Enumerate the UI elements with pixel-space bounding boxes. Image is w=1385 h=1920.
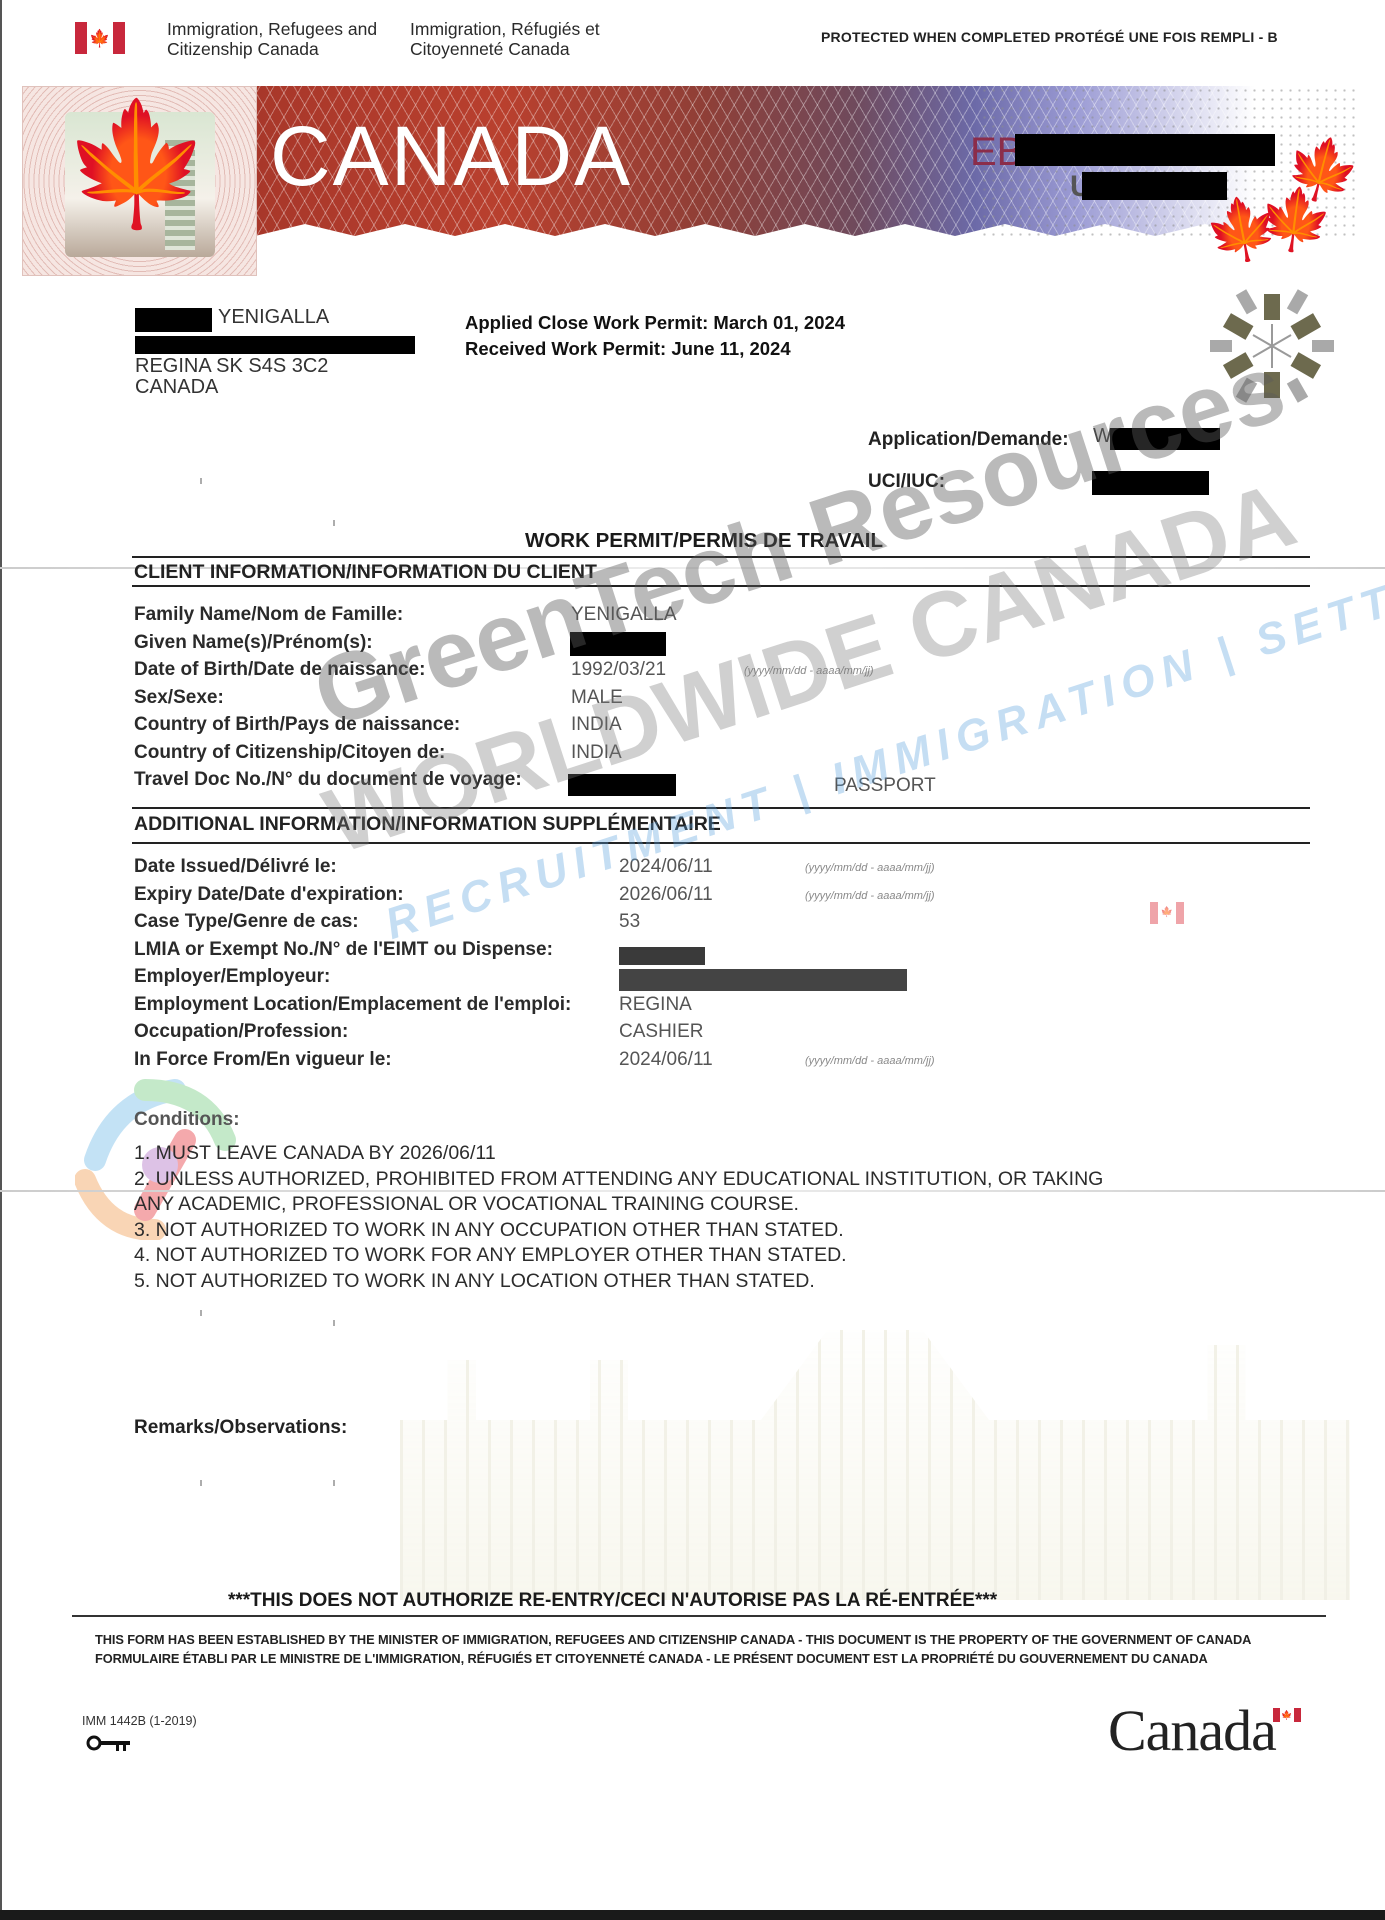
additional-field-label: Employment Location/Emplacement de l'emp…: [134, 994, 571, 1016]
additional-field-value: 2024/06/11: [619, 856, 713, 878]
scan-speck: [200, 1480, 202, 1486]
additional-field-label: Expiry Date/Date d'expiration:: [134, 884, 404, 906]
additional-field-label: Occupation/Profession:: [134, 1021, 348, 1043]
scan-speck: [200, 1310, 202, 1316]
condition-item: ANY ACADEMIC, PROFESSIONAL OR VOCATIONAL…: [134, 1192, 1194, 1218]
wordmark-flag-icon: 🍁: [1273, 1708, 1301, 1722]
client-field-value: INDIA: [571, 714, 622, 736]
remarks-label: Remarks/Observations:: [134, 1417, 347, 1439]
document-title: WORK PERMIT/PERMIS DE TRAVAIL: [525, 529, 883, 553]
client-field-label: Country of Birth/Pays de naissance:: [134, 714, 460, 736]
key-icon: [86, 1733, 134, 1753]
canada-wordmark: Canada: [1108, 1697, 1276, 1764]
page-edge: [0, 0, 2, 1920]
scan-speck: [333, 1320, 335, 1326]
additional-field-label: Date Issued/Délivré le:: [134, 856, 337, 878]
client-section-heading: CLIENT INFORMATION/INFORMATION DU CLIENT: [134, 561, 597, 584]
travel-doc-type: PASSPORT: [834, 775, 936, 797]
watermark-flag-icon: 🍁: [1150, 902, 1184, 924]
redacted-employer: [619, 969, 907, 991]
client-field-label: Sex/Sexe:: [134, 687, 224, 709]
additional-section-heading: ADDITIONAL INFORMATION/INFORMATION SUPPL…: [134, 813, 721, 836]
additional-field-value: 53: [619, 911, 640, 933]
footer-divider: [72, 1615, 1326, 1617]
maple-leaf-icon: 🍁: [1254, 185, 1336, 255]
divider: [132, 556, 1310, 558]
scan-speck: [200, 478, 202, 484]
scan-speck: [333, 520, 335, 526]
client-field-value: YENIGALLA: [571, 604, 677, 626]
applied-date: Applied Close Work Permit: March 01, 202…: [465, 310, 845, 336]
canada-flag-icon: 🍁: [75, 22, 125, 54]
date-format-hint: (yyyy/mm/dd - aaaa/mm/jj): [805, 1055, 935, 1067]
additional-field-value: CASHIER: [619, 1021, 703, 1043]
condition-item: 1. MUST LEAVE CANADA BY 2026/06/11: [134, 1141, 1194, 1167]
uci-label: UCI/IUC:: [868, 471, 945, 493]
condition-item: 3. NOT AUTHORIZED TO WORK IN ANY OCCUPAT…: [134, 1218, 1194, 1244]
received-date: Received Work Permit: June 11, 2024: [465, 336, 845, 362]
date-format-hint: (yyyy/mm/dd - aaaa/mm/jj): [805, 862, 935, 874]
scan-speck: [333, 1480, 335, 1486]
redacted-street: [135, 336, 415, 354]
application-label: Application/Demande:: [868, 429, 1069, 451]
additional-field-label: In Force From/En vigueur le:: [134, 1049, 392, 1071]
divider: [132, 585, 1310, 587]
hologram-snowflake-icon: [1210, 278, 1335, 413]
address-country: CANADA: [135, 377, 218, 397]
client-field-label: Given Name(s)/Prénom(s):: [134, 632, 373, 654]
handwritten-annotation: Applied Close Work Permit: March 01, 202…: [465, 310, 845, 362]
date-format-hint: (yyyy/mm/dd - aaaa/mm/jj): [805, 890, 935, 902]
client-field-value: 1992/03/21: [571, 659, 666, 681]
divider: [132, 842, 1310, 844]
address-city: REGINA SK S4S 3C2: [135, 356, 328, 376]
address-surname: YENIGALLA: [218, 306, 329, 329]
reentry-notice: ***THIS DOES NOT AUTHORIZE RE-ENTRY/CECI…: [228, 1590, 997, 1612]
department-name-en: Immigration, Refugees and Citizenship Ca…: [167, 19, 377, 59]
fold-line: [0, 1190, 1385, 1192]
condition-item: 4. NOT AUTHORIZED TO WORK FOR ANY EMPLOY…: [134, 1243, 1194, 1269]
additional-field-value: REGINA: [619, 994, 692, 1016]
additional-field-label: LMIA or Exempt No./N° de l'EIMT ou Dispe…: [134, 939, 553, 961]
client-field-label: Travel Doc No./N° du document de voyage:: [134, 769, 522, 791]
redacted-given-names: [570, 632, 666, 656]
redacted-serial-sub: [1082, 172, 1227, 200]
department-name-fr: Immigration, Réfugiés et Citoyenneté Can…: [410, 19, 600, 59]
redacted-application-number: [1110, 428, 1220, 450]
legal-notice-fr: FORMULAIRE ÉTABLI PAR LE MINISTRE DE L'I…: [95, 1651, 1208, 1666]
banner-country: CANADA: [270, 108, 632, 205]
condition-item: 5. NOT AUTHORIZED TO WORK IN ANY LOCATIO…: [134, 1269, 1194, 1295]
form-number: IMM 1442B (1-2019): [82, 1714, 197, 1728]
additional-field-label: Case Type/Genre de cas:: [134, 911, 359, 933]
maple-leaf-icon: 🍁: [62, 104, 211, 224]
client-field-label: Family Name/Nom de Famille:: [134, 604, 403, 626]
redacted-travel-doc: [568, 774, 676, 796]
redacted-serial-number: [1015, 134, 1275, 166]
client-field-label: Country of Citizenship/Citoyen de:: [134, 742, 445, 764]
conditions-heading: Conditions:: [134, 1109, 240, 1131]
divider: [132, 807, 1310, 809]
parliament-background: [400, 1300, 1350, 1600]
redacted-uci: [1092, 471, 1209, 495]
client-field-value: INDIA: [571, 742, 622, 764]
redacted-given-name: [135, 308, 212, 332]
protected-notice: PROTECTED WHEN COMPLETED PROTÉGÉ UNE FOI…: [821, 29, 1278, 45]
date-format-hint: (yyyy/mm/dd - aaaa/mm/jj): [744, 665, 874, 677]
additional-field-value: 2024/06/11: [619, 1049, 713, 1071]
additional-field-label: Employer/Employeur:: [134, 966, 330, 988]
client-field-value: MALE: [571, 687, 623, 709]
client-field-label: Date of Birth/Date de naissance:: [134, 659, 425, 681]
redacted-lmia-number: [619, 947, 705, 965]
page-bottom-edge: [0, 1910, 1385, 1920]
condition-item: 2. UNLESS AUTHORIZED, PROHIBITED FROM AT…: [134, 1167, 1194, 1193]
conditions-list: 1. MUST LEAVE CANADA BY 2026/06/112. UNL…: [134, 1141, 1194, 1294]
additional-field-value: 2026/06/11: [619, 884, 713, 906]
legal-notice-en: THIS FORM HAS BEEN ESTABLISHED BY THE MI…: [95, 1632, 1251, 1647]
